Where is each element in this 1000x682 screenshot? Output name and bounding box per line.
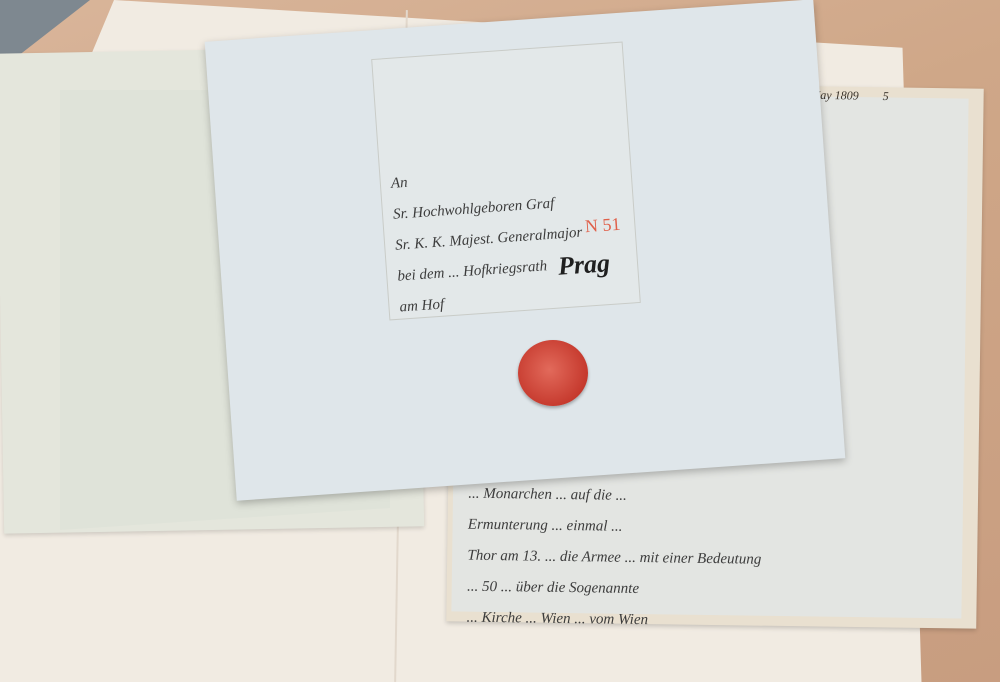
postal-red-mark: N 51 xyxy=(584,214,621,237)
page-number: 5 xyxy=(883,89,889,103)
destination-stamp: Prag xyxy=(557,248,611,282)
envelope-address: An Sr. Hochwohlgeboren Graf Sr. K. K. Ma… xyxy=(390,151,650,323)
wax-seal-icon xyxy=(518,340,588,406)
